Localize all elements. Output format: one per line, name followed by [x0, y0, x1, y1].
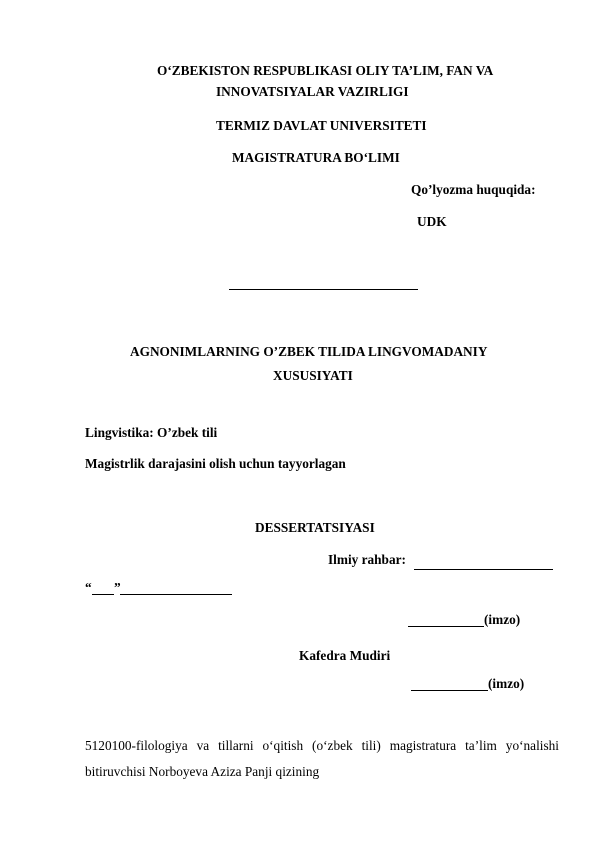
manuscript-rights-label: Qo’lyozma huquqida:	[411, 182, 536, 198]
signature-line-1	[408, 626, 484, 627]
udk-blank-line	[229, 289, 418, 290]
ministry-line-2: INNOVATSIYALAR VAZIRLIGI	[216, 84, 409, 100]
degree-purpose: Magistrlik darajasini olish uchun tayyor…	[85, 456, 346, 472]
university-name: TERMIZ DAVLAT UNIVERSITETI	[216, 118, 427, 134]
date-month-line	[120, 594, 232, 595]
specialty-field: Lingvistika: O’zbek tili	[85, 425, 217, 441]
signature-line-2	[411, 690, 488, 691]
supervisor-signature-line	[414, 569, 553, 570]
ministry-line-1: O‘ZBEKISTON RESPUBLIKASI OLIY TA’LIM, FA…	[157, 63, 493, 79]
department-name: MAGISTRATURA BO‘LIMI	[232, 150, 400, 166]
thesis-title-line-1: AGNONIMLARNING O’ZBEK TILIDA LINGVOMADAN…	[130, 344, 487, 360]
signature-label-1: (imzo)	[484, 612, 520, 628]
head-of-department-label: Kafedra Mudiri	[299, 648, 390, 664]
supervisor-label: Ilmiy rahbar:	[328, 552, 406, 568]
date-open-quote: “	[85, 580, 92, 596]
graduate-description: 5120100-filologiya va tillarni o‘qitish …	[85, 733, 559, 785]
dissertation-label: DESSERTATSIYASI	[255, 520, 375, 536]
date-day-line	[92, 594, 114, 595]
thesis-title-line-2: XUSUSIYATI	[273, 368, 353, 384]
signature-label-2: (imzo)	[488, 676, 524, 692]
udk-label: UDK	[417, 214, 447, 230]
